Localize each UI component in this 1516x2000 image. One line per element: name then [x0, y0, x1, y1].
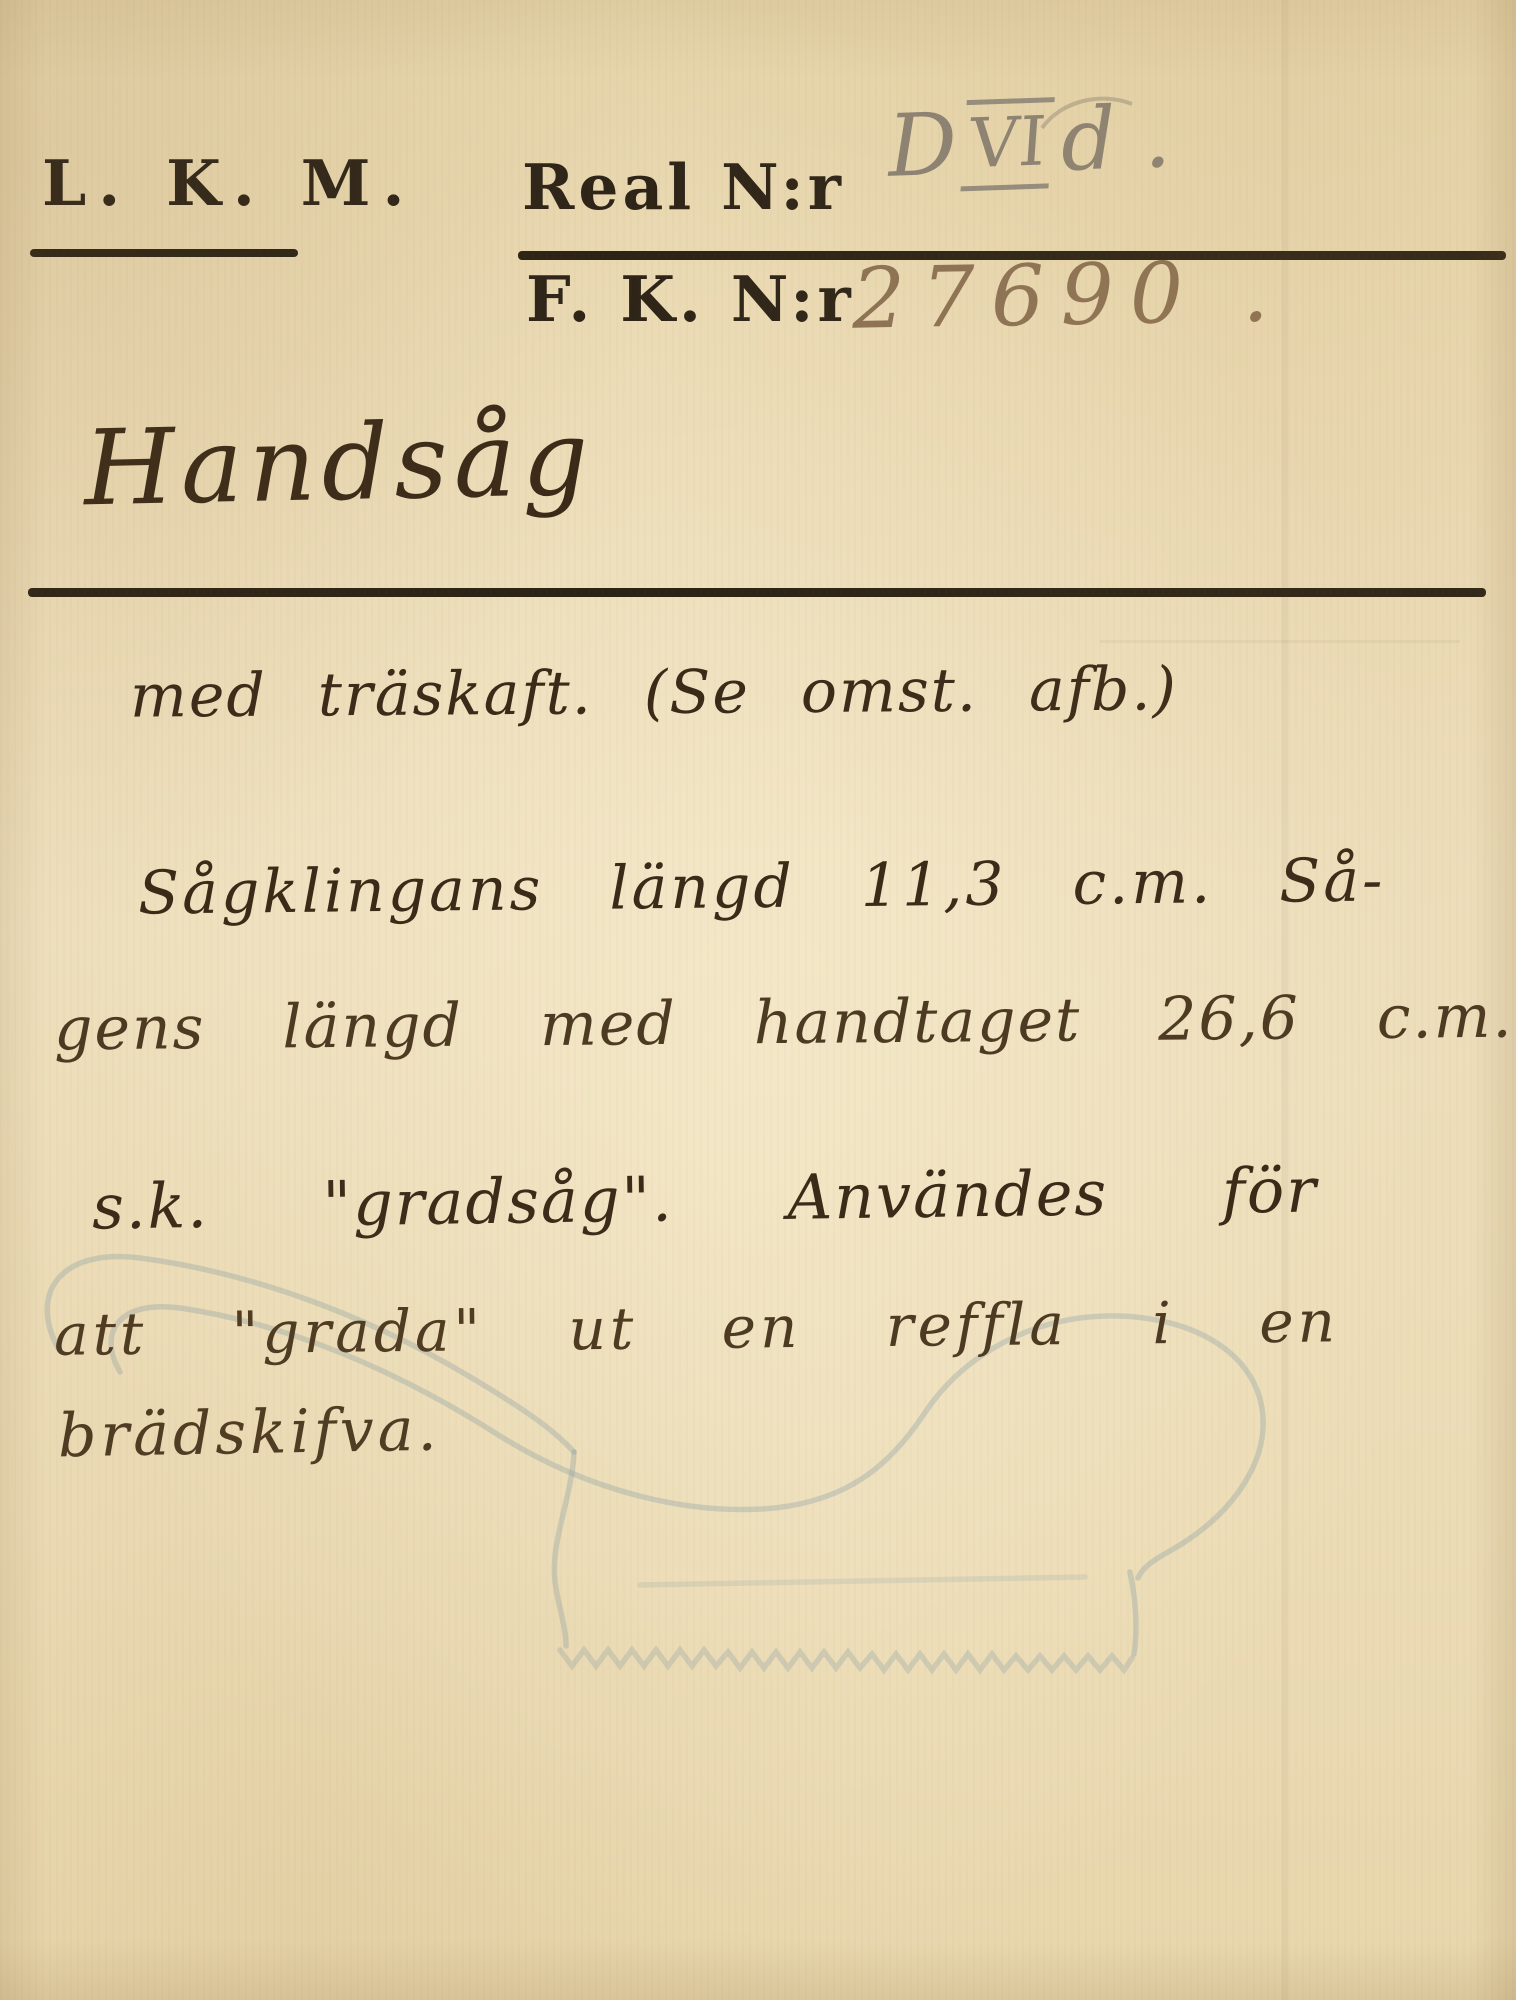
description-line-5: att "grada" ut en reffla i en	[54, 1287, 1340, 1368]
museum-abbreviation: L. K. M.	[42, 146, 416, 220]
description-line-3: gens längd med handtaget 26,6 c.m.	[54, 982, 1514, 1065]
catalog-card: L. K. M. Real N:r DVId . F. K. N:r 27690…	[0, 0, 1516, 2000]
real-number-label: Real N:r	[522, 150, 845, 224]
fk-number-label: F. K. N:r	[526, 262, 855, 336]
description-line-1: med träskaft. (Se omst. afb.)	[130, 654, 1178, 731]
real-number-value: DVId .	[886, 87, 1172, 200]
real-number-suffix: d .	[1059, 87, 1172, 191]
description-line-2: Sågklingans längd 11,3 c.m. Så-	[138, 845, 1386, 928]
description-line-4: s.k. "gradsåg". Användes för	[92, 1153, 1319, 1243]
org-underline	[30, 249, 298, 257]
paper-scratch	[1100, 640, 1460, 643]
object-title: Handsåg	[83, 397, 596, 530]
description-line-6: brädskifva.	[57, 1395, 441, 1472]
real-number-prefix: D	[886, 95, 958, 197]
title-underline-rule	[28, 588, 1486, 597]
real-number-roman-numeral: VI	[960, 97, 1054, 191]
fk-number-value: 27690 .	[851, 242, 1285, 348]
